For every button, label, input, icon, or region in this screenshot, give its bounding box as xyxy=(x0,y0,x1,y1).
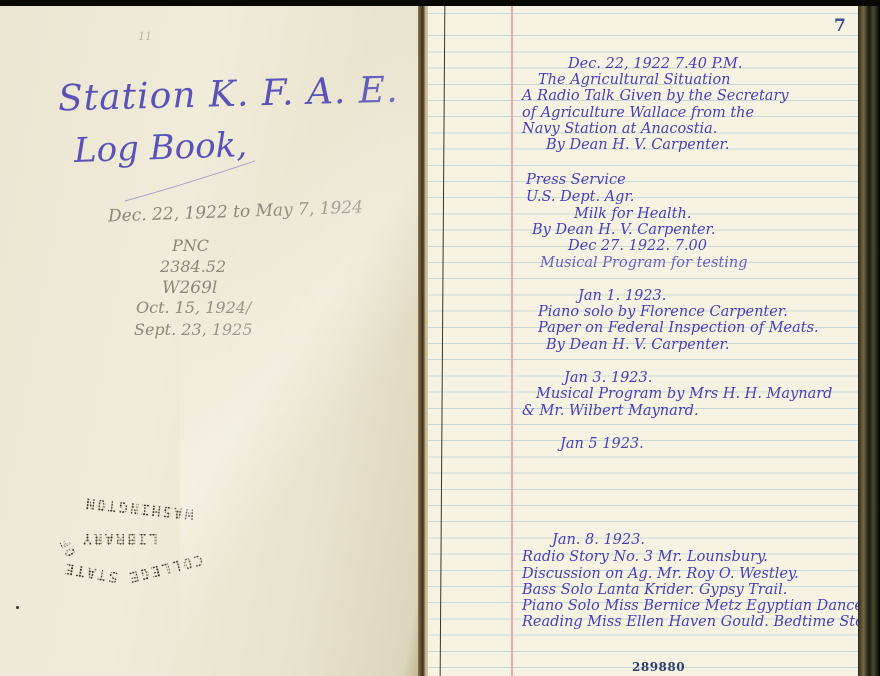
entry-line: By Dean H. V. Carpenter. xyxy=(532,222,716,238)
entry-line: Radio Story No. 3 Mr. Lounsbury. xyxy=(522,549,768,565)
entry-line: Press Service xyxy=(526,172,626,188)
entry-line: Discussion on Ag. Mr. Roy O. Westley. xyxy=(522,566,799,582)
entry-line: Piano solo by Florence Carpenter. xyxy=(538,304,788,320)
entry-date: Dec. 22, 1922 7.40 P.M. xyxy=(568,56,743,72)
entry-line: A Radio Talk Given by the Secretary xyxy=(522,88,789,104)
accession-number: 289880 xyxy=(632,660,685,674)
entry-line: Piano Solo Miss Bernice Metz Egyptian Da… xyxy=(522,598,858,614)
entry-line: By Dean H. V. Carpenter. xyxy=(546,137,730,153)
title-station: Station K. F. A. E. xyxy=(58,70,399,120)
entry-line: Navy Station at Anacostia. xyxy=(522,121,717,137)
stamp-library: LIBRARY xyxy=(81,530,158,548)
page-number: 7 xyxy=(834,16,846,36)
accession-date-2: Sept. 23, 1925 xyxy=(134,320,253,339)
entry-line: Musical Program by Mrs H. H. Maynard xyxy=(536,386,832,402)
entry-date: Jan 1. 1923. xyxy=(578,288,666,304)
entry-date: Jan 5 1923. xyxy=(560,436,644,452)
entry-line: Reading Miss Ellen Haven Gould. Bedtime … xyxy=(522,614,858,630)
entry-line: of Agriculture Wallace from the xyxy=(522,105,754,121)
call-number-code: 2384.52 xyxy=(160,257,226,276)
entry-line: U.S. Dept. Agr. xyxy=(526,189,634,205)
stamp-college: COLLEGE xyxy=(126,551,205,587)
left-page: 11 Station K. F. A. E. Log Book, Dec. 22… xyxy=(0,6,424,676)
library-perforation-stamp: STATE COLLEGE LIBRARY WASHINGTON OF xyxy=(40,484,210,584)
accession-date-1: Oct. 15, 1924/ xyxy=(136,298,251,317)
right-page: Dec. 22, 1922 7.40 P.M. The Agricultural… xyxy=(428,6,858,676)
log-book-spread: 11 Station K. F. A. E. Log Book, Dec. 22… xyxy=(0,0,880,676)
entry-line: Milk for Health. xyxy=(574,206,691,222)
corner-mark: 11 xyxy=(138,30,152,43)
stamp-of: OF xyxy=(57,534,79,558)
entry-date: Dec 27. 1922. 7.00 xyxy=(568,238,707,254)
entry-line: The Agricultural Situation xyxy=(538,72,731,88)
page-edges xyxy=(858,6,880,676)
call-number-cutter: W269l xyxy=(162,278,217,298)
speck xyxy=(16,606,19,609)
call-number-class: PNC xyxy=(172,236,209,255)
entry-line: Bass Solo Lanta Krider. Gypsy Trail. xyxy=(522,582,787,598)
entry-line: By Dean H. V. Carpenter. xyxy=(546,337,730,353)
margin-line xyxy=(511,6,513,676)
entry-line: & Mr. Wilbert Maynard. xyxy=(522,403,699,419)
entry-line: Musical Program for testing xyxy=(540,255,747,271)
entry-date: Jan. 8. 1923. xyxy=(552,532,645,548)
entry-line: Paper on Federal Inspection of Meats. xyxy=(538,320,819,336)
stamp-washington: WASHINGTON xyxy=(83,494,195,523)
title-flourish-icon xyxy=(120,156,260,206)
stamp-state: STATE xyxy=(62,559,119,586)
entry-date: Jan 3. 1923. xyxy=(564,370,652,386)
